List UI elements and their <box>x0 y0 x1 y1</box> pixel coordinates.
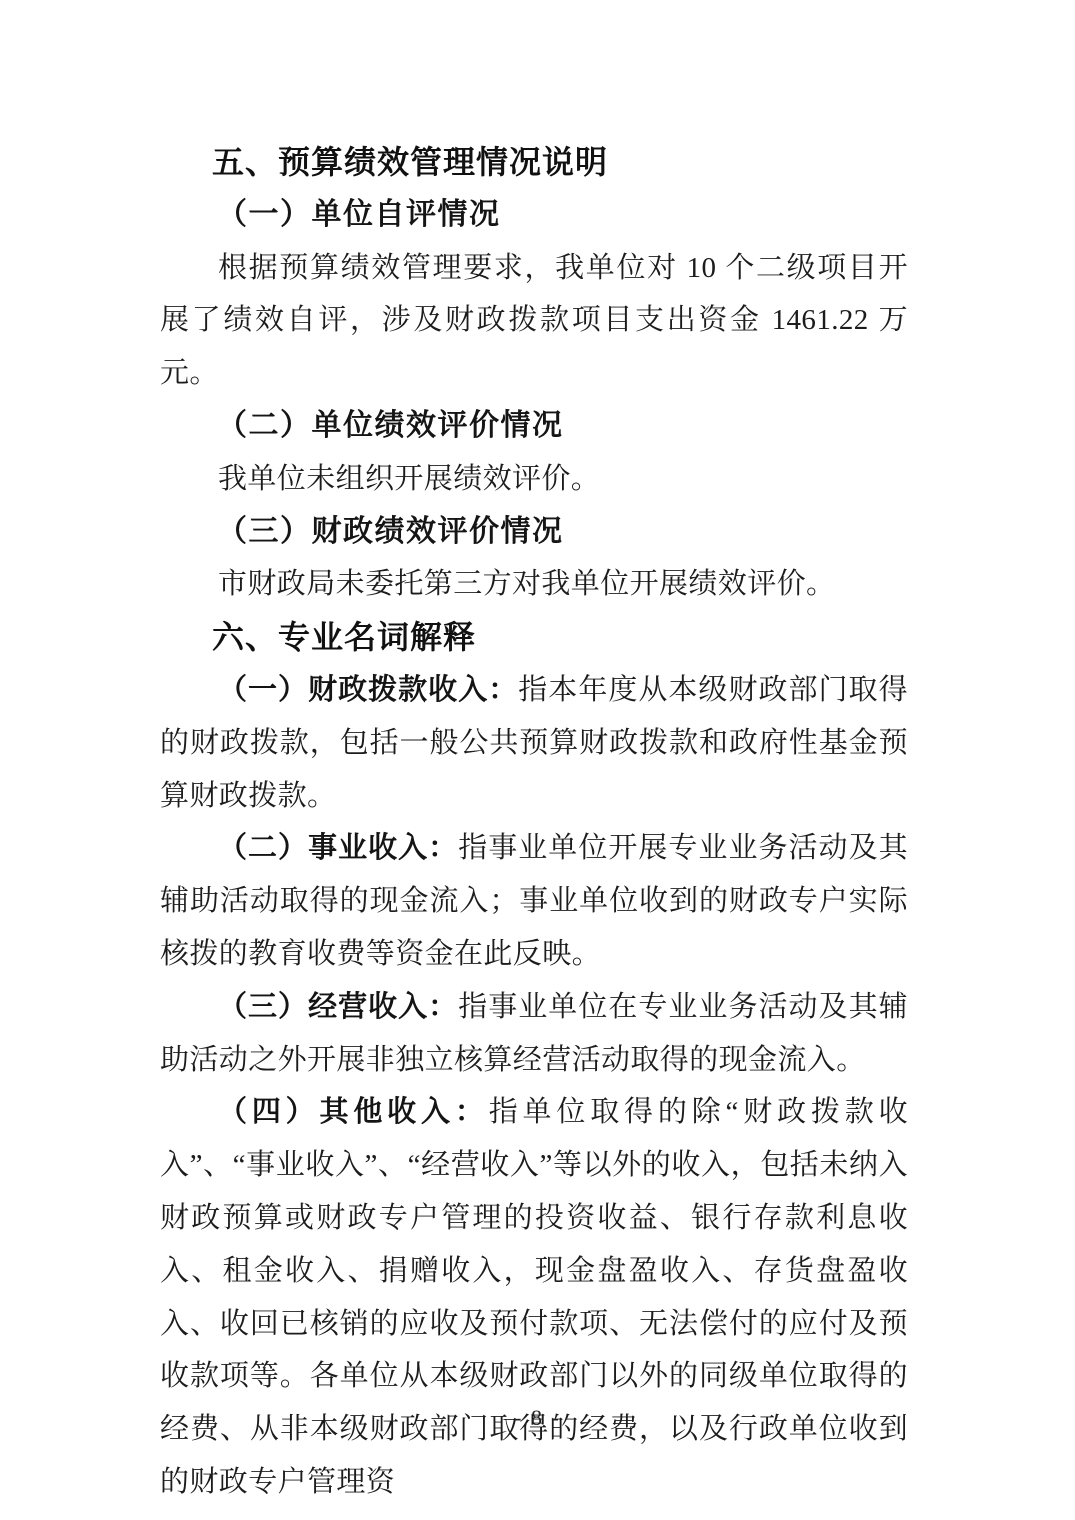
paragraph: 我单位未组织开展绩效评价。 <box>160 453 908 506</box>
paragraph: （四）其他收入：指单位取得的除“财政拨款收入”、“事业收入”、“经营收入”等以外… <box>160 1086 908 1508</box>
paragraph: （二）事业收入：指事业单位开展专业业务活动及其辅助活动取得的现金流入；事业单位收… <box>160 822 908 980</box>
body-text: 我单位未组织开展绩效评价。 <box>218 463 600 495</box>
term-lead-text: （三）经营收入： <box>218 991 458 1023</box>
sub-heading: （一）单位自评情况 <box>160 189 908 242</box>
term-lead-text: （二）事业收入： <box>218 832 458 864</box>
paragraph: 根据预算绩效管理要求，我单位对 10 个二级项目开展了绩效自评，涉及财政拨款项目… <box>160 242 908 400</box>
body-text: 根据预算绩效管理要求，我单位对 10 个二级项目开展了绩效自评，涉及财政拨款项目… <box>160 252 908 390</box>
sub-heading: （三）财政绩效评价情况 <box>160 506 908 559</box>
paragraph: （一）财政拨款收入：指本年度从本级财政部门取得的财政拨款，包括一般公共预算财政拨… <box>160 664 908 822</box>
body-text: 指单位取得的除“财政拨款收入”、“事业收入”、“经营收入”等以外的收入，包括未纳… <box>160 1096 908 1498</box>
term-lead-text: （一）财政拨款收入： <box>218 674 518 706</box>
term-lead-text: （四）其他收入： <box>218 1096 489 1128</box>
document-body: 五、预算绩效管理情况说明（一）单位自评情况根据预算绩效管理要求，我单位对 10 … <box>160 136 908 1509</box>
document-page: 五、预算绩效管理情况说明（一）单位自评情况根据预算绩效管理要求，我单位对 10 … <box>0 0 1075 1520</box>
section-heading: 六、专业名词解释 <box>160 611 908 664</box>
body-text: 市财政局未委托第三方对我单位开展绩效评价。 <box>218 568 835 600</box>
paragraph: 市财政局未委托第三方对我单位开展绩效评价。 <box>160 558 908 611</box>
sub-heading: （二）单位绩效评价情况 <box>160 400 908 453</box>
paragraph: （三）经营收入：指事业单位在专业业务活动及其辅助活动之外开展非独立核算经营活动取… <box>160 981 908 1087</box>
page-number: - 8 - <box>0 1400 1075 1436</box>
section-heading: 五、预算绩效管理情况说明 <box>160 136 908 189</box>
